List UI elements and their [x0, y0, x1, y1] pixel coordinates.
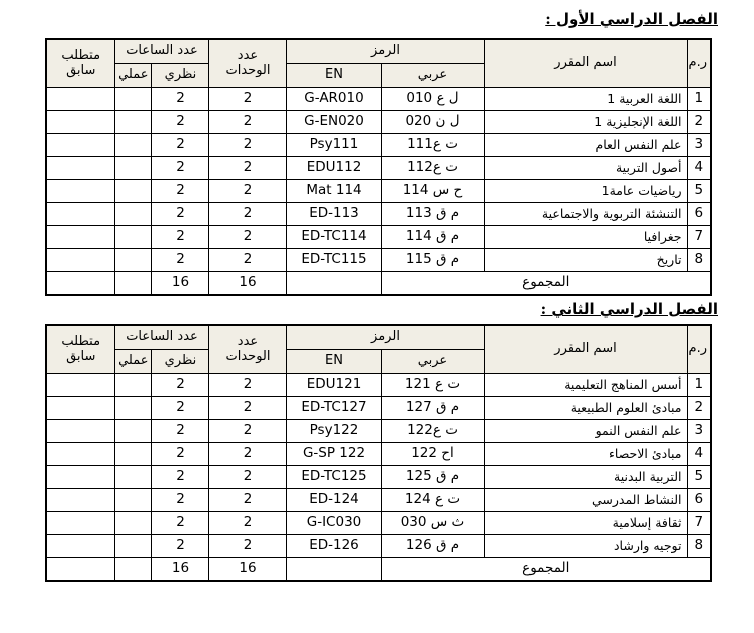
units-value: 2 — [209, 157, 287, 180]
header-units: عدد الوحدات — [209, 325, 287, 374]
practical-hours — [115, 88, 152, 111]
code-en: ED-113 — [287, 203, 381, 226]
code-arabic: ت ع112 — [381, 157, 484, 180]
table-body: 1 اللغة العربية 1 ل ع 010 G-AR010 2 2 2 … — [46, 88, 711, 272]
theoretical-hours: 2 — [152, 134, 209, 157]
header-hours: عدد الساعات — [115, 325, 209, 350]
theoretical-hours: 2 — [152, 397, 209, 420]
table-row: 7 ثقافة إسلامية ث س 030 G-IC030 2 2 — [46, 512, 711, 535]
total-theoretical: 16 — [152, 272, 209, 296]
header-course-name: اسم المقرر — [484, 325, 687, 374]
course-name: توجيه وارشاد — [484, 535, 687, 558]
code-arabic: م ق 114 — [381, 226, 484, 249]
code-arabic: ت ع 124 — [381, 489, 484, 512]
units-value: 2 — [209, 226, 287, 249]
theoretical-hours: 2 — [152, 466, 209, 489]
row-number: 1 — [687, 88, 711, 111]
code-en: EDU121 — [287, 374, 381, 397]
code-en: EDU112 — [287, 157, 381, 180]
code-en: Psy111 — [287, 134, 381, 157]
course-name: النشاط المدرسي — [484, 489, 687, 512]
header-prerequisite: متطلب سابق — [46, 325, 115, 374]
theoretical-hours: 2 — [152, 249, 209, 272]
practical-hours — [115, 134, 152, 157]
header-code-en: EN — [287, 64, 381, 88]
table-row: 7 جغرافيا م ق 114 ED-TC114 2 2 — [46, 226, 711, 249]
total-prerequisite — [46, 558, 115, 582]
total-theoretical: 16 — [152, 558, 209, 582]
course-name: جغرافيا — [484, 226, 687, 249]
row-number: 3 — [687, 134, 711, 157]
code-arabic: ت ع 121 — [381, 374, 484, 397]
row-number: 1 — [687, 374, 711, 397]
table-body: 1 أسس المناهج التعليمية ت ع 121 EDU121 2… — [46, 374, 711, 558]
practical-hours — [115, 180, 152, 203]
course-name: مبادئ العلوم الطبيعية — [484, 397, 687, 420]
practical-hours — [115, 512, 152, 535]
table-row: 6 النشاط المدرسي ت ع 124 ED-124 2 2 — [46, 489, 711, 512]
header-code-arabic: عربي — [381, 64, 484, 88]
prerequisite-value — [46, 180, 115, 203]
code-arabic: ح س 114 — [381, 180, 484, 203]
course-name: اللغة العربية 1 — [484, 88, 687, 111]
course-name: تاريخ — [484, 249, 687, 272]
code-en: Mat 114 — [287, 180, 381, 203]
theoretical-hours: 2 — [152, 535, 209, 558]
total-label: المجموع — [381, 558, 711, 582]
practical-hours — [115, 374, 152, 397]
units-value: 2 — [209, 134, 287, 157]
table-header: ر.م اسم المقرر الرمز عدد الوحدات عدد الس… — [46, 39, 711, 88]
semester-1-title: الفصل الدراسي الأول : — [0, 10, 718, 28]
row-number: 7 — [687, 226, 711, 249]
prerequisite-value — [46, 443, 115, 466]
total-en-empty — [287, 272, 381, 296]
code-arabic: م ق 113 — [381, 203, 484, 226]
table-row: 8 تاريخ م ق 115 ED-TC115 2 2 — [46, 249, 711, 272]
table-row: 5 رياضيات عامة1 ح س 114 Mat 114 2 2 — [46, 180, 711, 203]
table-row: 3 علم النفس العام ت ع111 Psy111 2 2 — [46, 134, 711, 157]
table-row: 2 مبادئ العلوم الطبيعية م ق 127 ED-TC127… — [46, 397, 711, 420]
header-practical: عملي — [115, 64, 152, 88]
prerequisite-value — [46, 226, 115, 249]
theoretical-hours: 2 — [152, 420, 209, 443]
theoretical-hours: 2 — [152, 157, 209, 180]
code-arabic: م ق 125 — [381, 466, 484, 489]
theoretical-hours: 2 — [152, 203, 209, 226]
code-arabic: اح 122 — [381, 443, 484, 466]
theoretical-hours: 2 — [152, 489, 209, 512]
document-page: الفصل الدراسي الأول : ر.م اسم المقرر الر… — [0, 0, 754, 582]
prerequisite-value — [46, 535, 115, 558]
table-row: 4 أصول التربية ت ع112 EDU112 2 2 — [46, 157, 711, 180]
units-value: 2 — [209, 466, 287, 489]
header-code-arabic: عربي — [381, 350, 484, 374]
prerequisite-value — [46, 420, 115, 443]
practical-hours — [115, 420, 152, 443]
header-units: عدد الوحدات — [209, 39, 287, 88]
header-code: الرمز — [287, 39, 484, 64]
course-name: أسس المناهج التعليمية — [484, 374, 687, 397]
code-en: ED-126 — [287, 535, 381, 558]
prerequisite-value — [46, 249, 115, 272]
row-number: 3 — [687, 420, 711, 443]
practical-hours — [115, 489, 152, 512]
theoretical-hours: 2 — [152, 443, 209, 466]
header-code-en: EN — [287, 350, 381, 374]
prerequisite-value — [46, 88, 115, 111]
total-label: المجموع — [381, 272, 711, 296]
header-row-number: ر.م — [687, 325, 711, 374]
header-theoretical: نظري — [152, 350, 209, 374]
units-value: 2 — [209, 111, 287, 134]
code-en: G-SP 122 — [287, 443, 381, 466]
theoretical-hours: 2 — [152, 226, 209, 249]
row-number: 6 — [687, 489, 711, 512]
row-number: 4 — [687, 443, 711, 466]
row-number: 7 — [687, 512, 711, 535]
prerequisite-value — [46, 203, 115, 226]
total-units: 16 — [209, 272, 287, 296]
row-number: 4 — [687, 157, 711, 180]
units-value: 2 — [209, 249, 287, 272]
units-value: 2 — [209, 420, 287, 443]
code-en: G-EN020 — [287, 111, 381, 134]
prerequisite-value — [46, 466, 115, 489]
course-name: أصول التربية — [484, 157, 687, 180]
practical-hours — [115, 249, 152, 272]
units-value: 2 — [209, 180, 287, 203]
header-row-number: ر.م — [687, 39, 711, 88]
course-name: علم النفس النمو — [484, 420, 687, 443]
code-en: ED-124 — [287, 489, 381, 512]
units-value: 2 — [209, 535, 287, 558]
total-en-empty — [287, 558, 381, 582]
semester-1-table: ر.م اسم المقرر الرمز عدد الوحدات عدد الس… — [45, 38, 712, 296]
practical-hours — [115, 535, 152, 558]
practical-hours — [115, 203, 152, 226]
course-name: التنشئة التربوية والاجتماعية — [484, 203, 687, 226]
prerequisite-value — [46, 134, 115, 157]
table-row: 8 توجيه وارشاد م ق 126 ED-126 2 2 — [46, 535, 711, 558]
header-course-name: اسم المقرر — [484, 39, 687, 88]
table-row: 1 اللغة العربية 1 ل ع 010 G-AR010 2 2 — [46, 88, 711, 111]
prerequisite-value — [46, 157, 115, 180]
table-row: 4 مبادئ الاحصاء اح 122 G-SP 122 2 2 — [46, 443, 711, 466]
theoretical-hours: 2 — [152, 88, 209, 111]
table-row: 2 اللغة الإنجليزية 1 ل ن 020 G-EN020 2 2 — [46, 111, 711, 134]
prerequisite-value — [46, 489, 115, 512]
practical-hours — [115, 157, 152, 180]
row-number: 2 — [687, 111, 711, 134]
total-units: 16 — [209, 558, 287, 582]
code-arabic: ل ن 020 — [381, 111, 484, 134]
code-en: ED-TC114 — [287, 226, 381, 249]
practical-hours — [115, 226, 152, 249]
header-hours: عدد الساعات — [115, 39, 209, 64]
row-number: 8 — [687, 249, 711, 272]
code-en: Psy122 — [287, 420, 381, 443]
row-number: 8 — [687, 535, 711, 558]
total-row: المجموع 16 16 — [46, 272, 711, 296]
code-en: G-AR010 — [287, 88, 381, 111]
code-en: ED-TC125 — [287, 466, 381, 489]
code-arabic: م ق 115 — [381, 249, 484, 272]
table-row: 6 التنشئة التربوية والاجتماعية م ق 113 E… — [46, 203, 711, 226]
units-value: 2 — [209, 374, 287, 397]
practical-hours — [115, 466, 152, 489]
row-number: 6 — [687, 203, 711, 226]
row-number: 5 — [687, 180, 711, 203]
total-row: المجموع 16 16 — [46, 558, 711, 582]
header-code: الرمز — [287, 325, 484, 350]
code-en: G-IC030 — [287, 512, 381, 535]
practical-hours — [115, 443, 152, 466]
header-prerequisite: متطلب سابق — [46, 39, 115, 88]
units-value: 2 — [209, 203, 287, 226]
table-row: 1 أسس المناهج التعليمية ت ع 121 EDU121 2… — [46, 374, 711, 397]
units-value: 2 — [209, 397, 287, 420]
header-theoretical: نظري — [152, 64, 209, 88]
theoretical-hours: 2 — [152, 111, 209, 134]
semester-2-table: ر.م اسم المقرر الرمز عدد الوحدات عدد الس… — [45, 324, 712, 582]
total-prerequisite — [46, 272, 115, 296]
table-row: 5 التربية البدنية م ق 125 ED-TC125 2 2 — [46, 466, 711, 489]
practical-hours — [115, 111, 152, 134]
course-name: علم النفس العام — [484, 134, 687, 157]
code-arabic: م ق 126 — [381, 535, 484, 558]
code-arabic: ت ع122 — [381, 420, 484, 443]
row-number: 2 — [687, 397, 711, 420]
theoretical-hours: 2 — [152, 512, 209, 535]
prerequisite-value — [46, 397, 115, 420]
course-name: التربية البدنية — [484, 466, 687, 489]
code-arabic: ل ع 010 — [381, 88, 484, 111]
course-name: رياضيات عامة1 — [484, 180, 687, 203]
units-value: 2 — [209, 88, 287, 111]
course-name: ثقافة إسلامية — [484, 512, 687, 535]
code-arabic: ت ع111 — [381, 134, 484, 157]
theoretical-hours: 2 — [152, 180, 209, 203]
theoretical-hours: 2 — [152, 374, 209, 397]
code-arabic: ث س 030 — [381, 512, 484, 535]
total-practical — [115, 272, 152, 296]
table-header: ر.م اسم المقرر الرمز عدد الوحدات عدد الس… — [46, 325, 711, 374]
units-value: 2 — [209, 443, 287, 466]
semester-2-title: الفصل الدراسي الثاني : — [0, 300, 718, 318]
course-name: مبادئ الاحصاء — [484, 443, 687, 466]
code-en: ED-TC115 — [287, 249, 381, 272]
table-row: 3 علم النفس النمو ت ع122 Psy122 2 2 — [46, 420, 711, 443]
total-practical — [115, 558, 152, 582]
practical-hours — [115, 397, 152, 420]
prerequisite-value — [46, 512, 115, 535]
header-practical: عملي — [115, 350, 152, 374]
prerequisite-value — [46, 374, 115, 397]
code-en: ED-TC127 — [287, 397, 381, 420]
row-number: 5 — [687, 466, 711, 489]
course-name: اللغة الإنجليزية 1 — [484, 111, 687, 134]
code-arabic: م ق 127 — [381, 397, 484, 420]
units-value: 2 — [209, 489, 287, 512]
prerequisite-value — [46, 111, 115, 134]
units-value: 2 — [209, 512, 287, 535]
